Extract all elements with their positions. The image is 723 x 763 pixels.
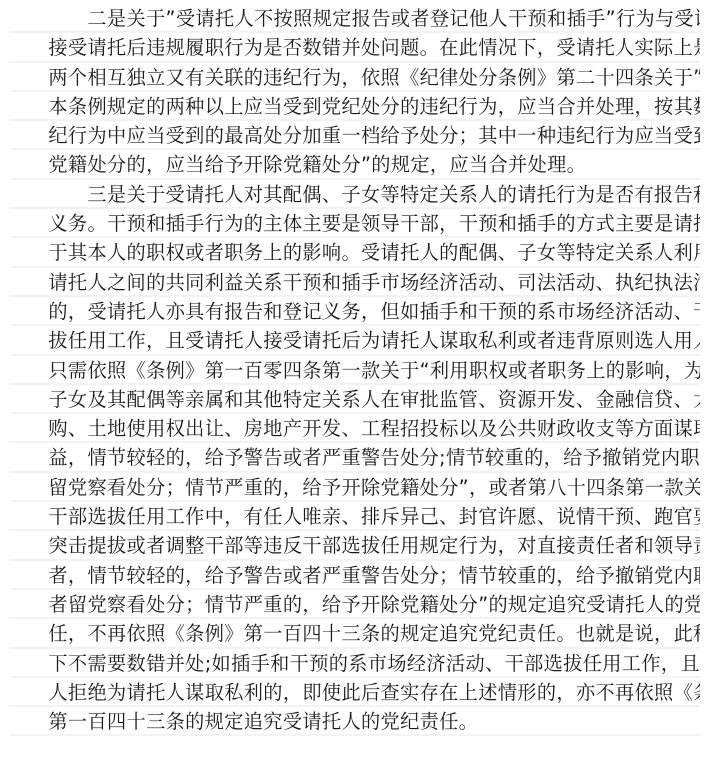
text-line: 三是关于受请托人对其配偶、子女等特定关系人的请托行为是否有报告和登记 [10,180,700,209]
text-line: 于其本人的职权或者职务上的影响。受请托人的配偶、子女等特定关系人利用与受 [10,238,700,267]
text-line: 留党察看处分；情节严重的，给予开除党籍处分”，或者第八十四条第一款关于”在 [10,473,700,502]
paragraph-2: 二是关于”受请托人不按照规定报告或者登记他人干预和插手”行为与受请托人 接受请托… [10,4,699,180]
text-line: 拔任用工作，且受请托人接受请托后为请托人谋取私利或者违背原则选人用人的， [10,326,700,355]
text-line: 义务。干预和插手行为的主体主要是领导干部，干预和插手的方式主要是请托人基 [10,209,700,238]
document-body: 二是关于”受请托人不按照规定报告或者登记他人干预和插手”行为与受请托人 接受请托… [0,0,723,736]
text-line: 本条例规定的两种以上应当受到党纪处分的违纪行为，应当合并处理，按其数种违 [10,92,700,121]
paragraph-3: 三是关于受请托人对其配偶、子女等特定关系人的请托行为是否有报告和登记 义务。干预… [10,180,699,737]
text-line: 只需依照《条例》第一百零四条第一款关于“利用职权或者职务上的影响，为配偶、 [10,356,700,385]
text-line: 益，情节较轻的，给予警告或者严重警告处分;情节较重的，给予撤销党内职务或者 [10,443,700,472]
text-line: 二是关于”受请托人不按照规定报告或者登记他人干预和插手”行为与受请托人 [10,4,700,33]
text-line: 的，受请托人亦具有报告和登记义务，但如插手和干预的系市场经济活动、干部选 [10,297,700,326]
text-line: 党籍处分的，应当给予开除党籍处分”的规定，应当合并处理。 [10,150,700,179]
text-line: 人拒绝为请托人谋取私利的，即使此后查实存在上述情形的，亦不再依照《条例》 [10,678,700,707]
text-line: 突击提拔或者调整干部等违反干部选拔任用规定行为，对直接责任者和领导责任 [10,531,700,560]
text-line: 子女及其配偶等亲属和其他特定关系人在审批监管、资源开发、金融信贷、大宗采 [10,385,700,414]
text-line: 者留党察看处分；情节严重的，给予开除党籍处分”的规定追究受请托人的党纪责 [10,590,700,619]
text-line: 接受请托后违规履职行为是否数错并处问题。在此情况下，受请托人实际上是存在 [10,33,700,62]
text-line: 下不需要数错并处;如插手和干预的系市场经济活动、干部选拔任用工作，且受请托 [10,649,700,678]
text-line: 纪行为中应当受到的最高处分加重一档给予处分；其中一种违纪行为应当受到开除 [10,121,700,150]
text-line: 两个相互独立又有关联的违纪行为，依照《纪律处分条例》第二十四条关于”一人有 [10,63,700,92]
text-line: 干部选拔任用工作中，有任人唯亲、排斥异己、封官许愿、说情干预、跑官要官、 [10,502,700,531]
text-line: 第一百四十三条的规定追究受请托人的党纪责任。 [10,707,700,736]
text-line: 购、土地使用权出让、房地产开发、工程招投标以及公共财政收支等方面谋取利 [10,414,700,443]
text-line: 任，不再依照《条例》第一百四十三条的规定追究党纪责任。也就是说，此种情形 [10,619,700,648]
text-line: 请托人之间的共同利益关系干预和插手市场经济活动、司法活动、执纪执法活动 [10,268,700,297]
text-line: 者，情节较轻的，给予警告或者严重警告处分；情节较重的，给予撤销党内职务或 [10,561,700,590]
